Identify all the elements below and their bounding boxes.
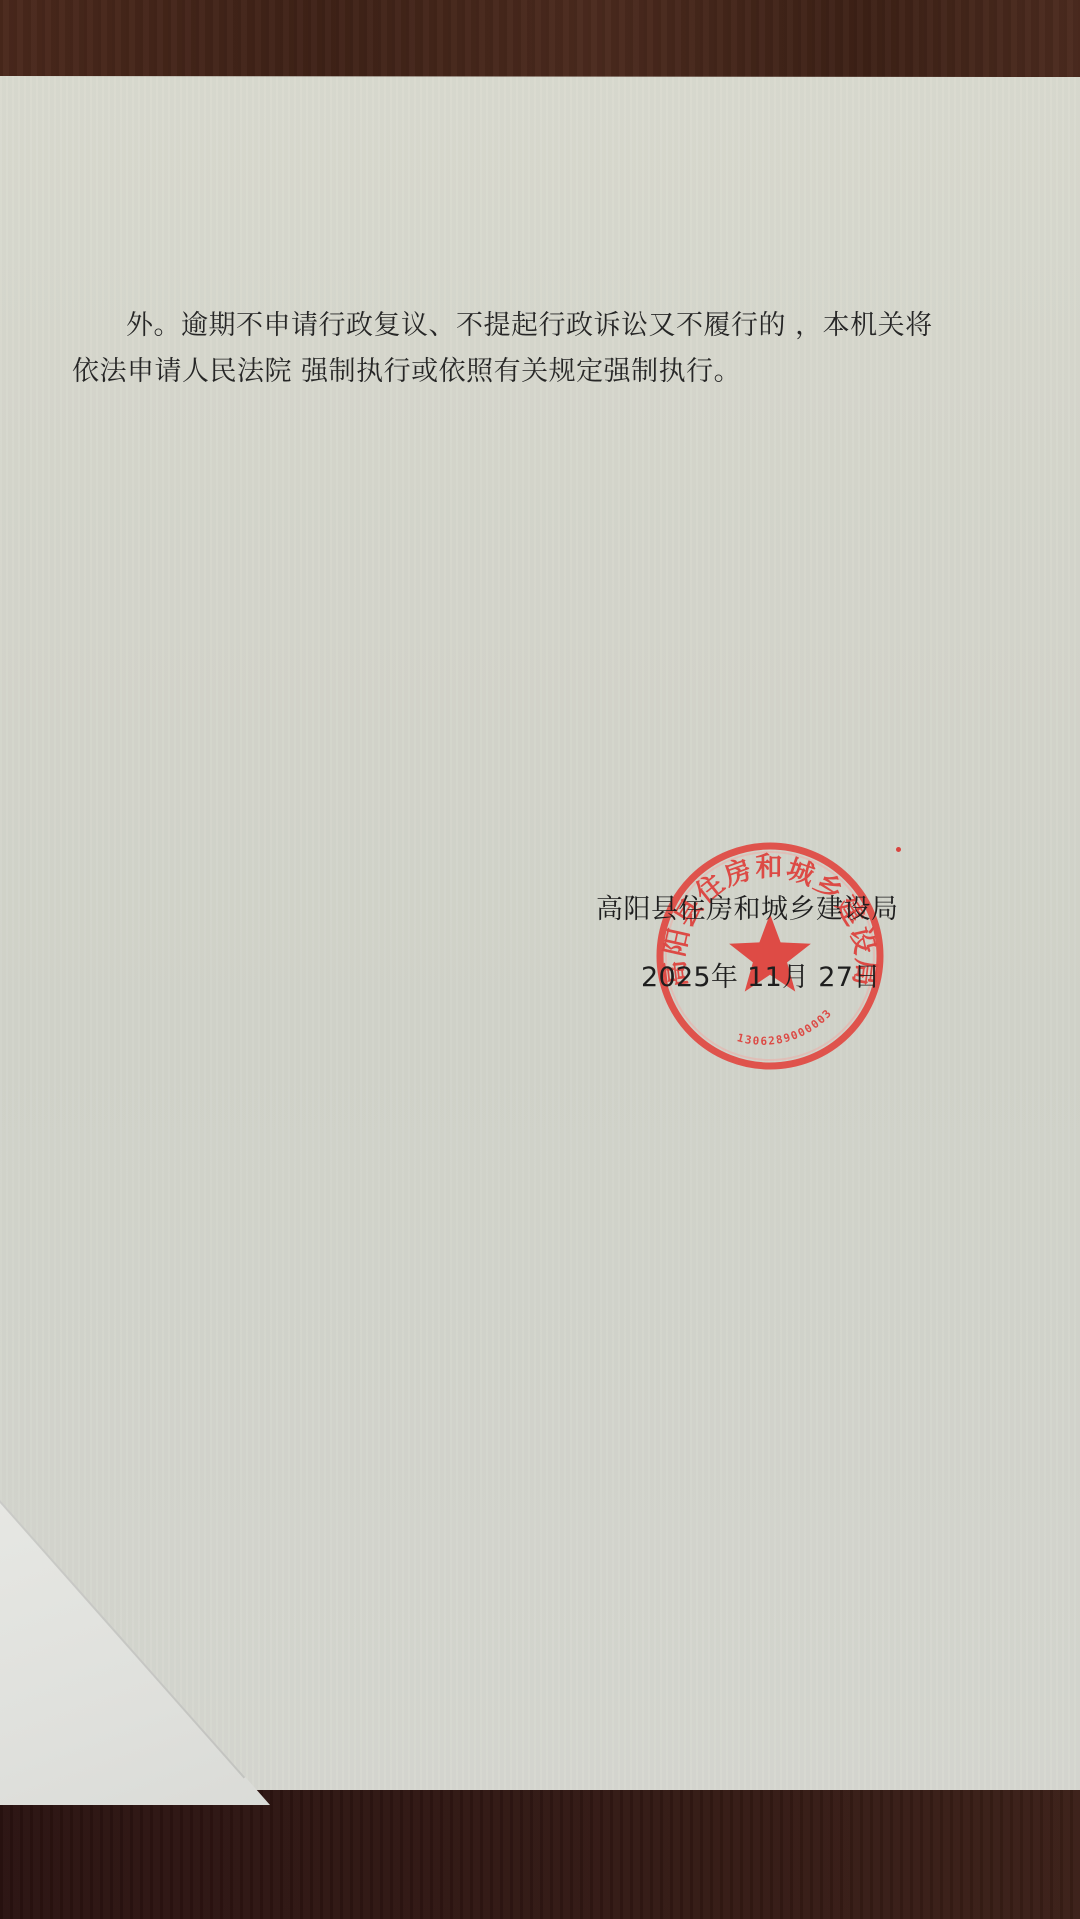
issuing-organization: 高阳县住房和城乡建设局 [596, 896, 899, 923]
issue-date: 2025年 11月 27日 [641, 964, 881, 991]
desk-surface-bottom [0, 1790, 1080, 1919]
body-line-2: 依法申请人民法院 强制执行或依照有关规定强制执行。 [72, 349, 972, 395]
seal-code: 1306289000003 [736, 1006, 835, 1048]
ink-speck [896, 847, 901, 852]
document-body: 外。逾期不申请行政复议、不提起行政诉讼又不履行的 ，本机关将 依法申请人民法院 … [72, 303, 972, 395]
official-seal-star-icon: 高阳县住房和城乡建设局 1306289000003 [652, 838, 888, 1074]
body-line-1: 外。逾期不申请行政复议、不提起行政诉讼又不履行的 ，本机关将 [72, 303, 972, 349]
desk-surface-top [0, 0, 1080, 80]
